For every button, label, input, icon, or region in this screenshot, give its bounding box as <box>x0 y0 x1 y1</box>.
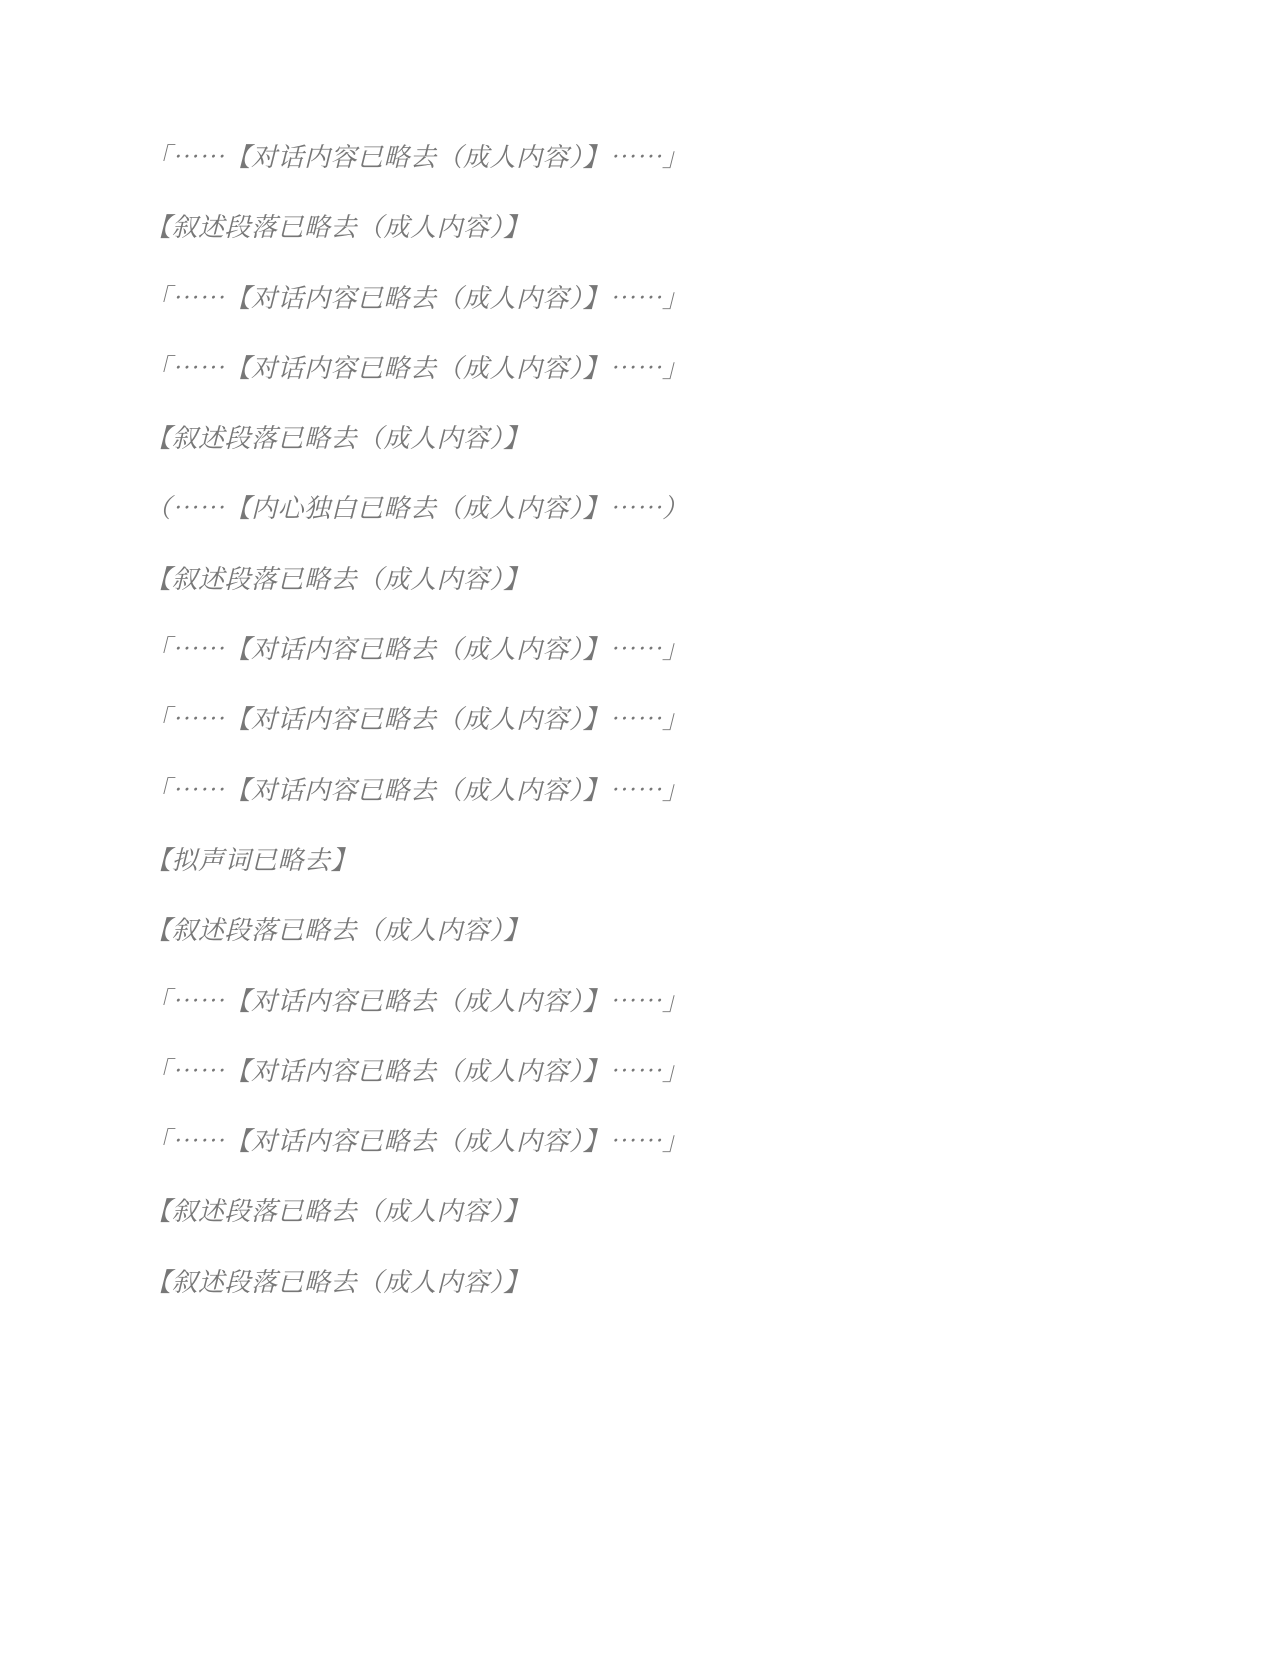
paragraph-dialogue: 「⋯⋯【对话内容已略去（成人内容）】⋯⋯」 <box>145 630 1085 670</box>
paragraph-narration: 【叙述段落已略去（成人内容）】 <box>145 911 1085 951</box>
paragraph-dialogue: 「⋯⋯【对话内容已略去（成人内容）】⋯⋯」 <box>145 1052 1085 1092</box>
paragraph-dialogue: 「⋯⋯【对话内容已略去（成人内容）】⋯⋯」 <box>145 279 1085 319</box>
paragraph-dialogue: 「⋯⋯【对话内容已略去（成人内容）】⋯⋯」 <box>145 349 1085 389</box>
paragraph-narration: 【叙述段落已略去（成人内容）】 <box>145 1192 1085 1232</box>
paragraph-dialogue: 「⋯⋯【对话内容已略去（成人内容）】⋯⋯」 <box>145 1122 1085 1162</box>
paragraph-dialogue: 「⋯⋯【对话内容已略去（成人内容）】⋯⋯」 <box>145 700 1085 740</box>
novel-page: 「⋯⋯【对话内容已略去（成人内容）】⋯⋯」 【叙述段落已略去（成人内容）】 「⋯… <box>0 0 1280 1656</box>
paragraph-narration: 【叙述段落已略去（成人内容）】 <box>145 560 1085 600</box>
paragraph-sfx: 【拟声词已略去】 <box>145 841 1085 881</box>
paragraph-dialogue: 「⋯⋯【对话内容已略去（成人内容）】⋯⋯」 <box>145 982 1085 1022</box>
paragraph-thought: （⋯⋯【内心独白已略去（成人内容）】⋯⋯） <box>145 489 1085 529</box>
paragraph-narration: 【叙述段落已略去（成人内容）】 <box>145 1263 1085 1303</box>
text-column: 「⋯⋯【对话内容已略去（成人内容）】⋯⋯」 【叙述段落已略去（成人内容）】 「⋯… <box>145 138 1085 1333</box>
paragraph-narration: 【叙述段落已略去（成人内容）】 <box>145 208 1085 248</box>
paragraph-narration: 【叙述段落已略去（成人内容）】 <box>145 419 1085 459</box>
paragraph-dialogue: 「⋯⋯【对话内容已略去（成人内容）】⋯⋯」 <box>145 771 1085 811</box>
paragraph-dialogue: 「⋯⋯【对话内容已略去（成人内容）】⋯⋯」 <box>145 138 1085 178</box>
